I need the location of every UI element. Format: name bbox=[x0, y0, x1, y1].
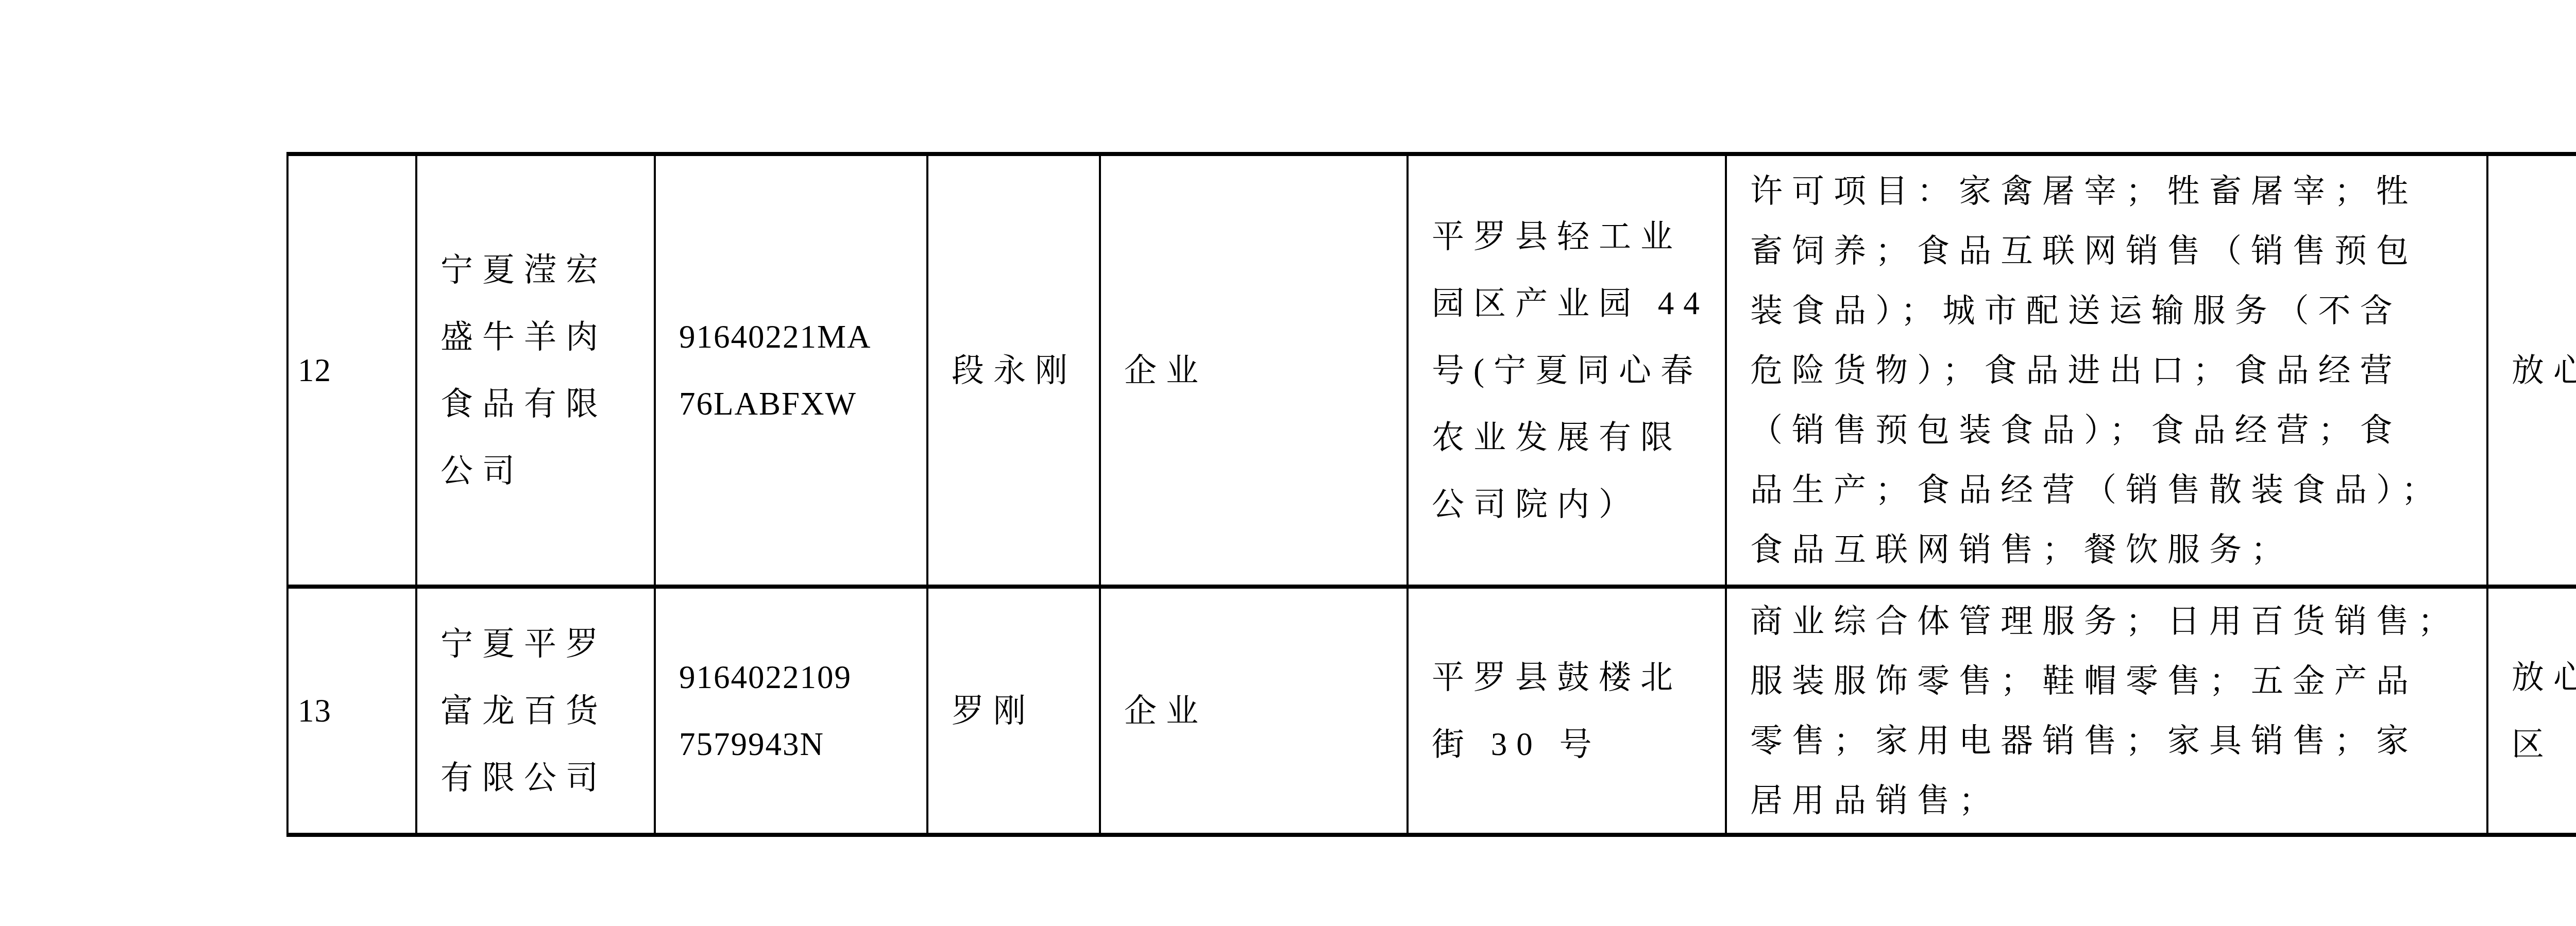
cell-credit-code: 91640221MA 76LABFXW bbox=[656, 156, 928, 589]
serial-number-text: 13 bbox=[298, 677, 331, 744]
cell-legal-person: 罗刚 bbox=[928, 589, 1101, 837]
cell-serial-number: 13 bbox=[289, 589, 417, 837]
cell-company-name: 宁夏滢宏 盛牛羊肉 食品有限 公司 bbox=[417, 156, 656, 589]
credit-code-text: 9164022109 7579943N bbox=[679, 644, 852, 778]
cell-business-scope: 商业综合体管理服务；日用百货销售； 服装服饰零售；鞋帽零售；五金产品 零售；家用… bbox=[1727, 589, 2488, 837]
cell-company-name: 宁夏平罗 富龙百货 有限公司 bbox=[417, 589, 656, 837]
cell-credit-code: 9164022109 7579943N bbox=[656, 589, 928, 837]
cell-legal-person: 段永刚 bbox=[928, 156, 1101, 589]
cell-honor-title: 放心消费单元 bbox=[2488, 156, 2576, 589]
business-scope-text: 许可项目：家禽屠宰；牲畜屠宰；牲 畜饲养；食品互联网销售（销售预包 装食品）；城… bbox=[1750, 161, 2444, 579]
cell-address: 平罗县轻工业 园区产业园 44 号(宁夏同心春 农业发展有限 公司院内） bbox=[1409, 156, 1727, 589]
serial-number-text: 12 bbox=[298, 337, 331, 404]
honor-title-text: 放心消费聚集 区 bbox=[2512, 644, 2576, 778]
entity-type-text: 企业 bbox=[1124, 337, 1208, 404]
address-text: 平罗县轻工业 园区产业园 44 号(宁夏同心春 农业发展有限 公司院内） bbox=[1432, 203, 1709, 538]
cell-address: 平罗县鼓楼北 街 30 号 bbox=[1409, 589, 1727, 837]
address-text: 平罗县鼓楼北 街 30 号 bbox=[1432, 644, 1682, 778]
legal-person-text: 段永刚 bbox=[952, 337, 1077, 404]
cell-entity-type: 企业 bbox=[1101, 589, 1409, 837]
page: 12 宁夏滢宏 盛牛羊肉 食品有限 公司 91640221MA 76LABFXW… bbox=[0, 0, 2576, 926]
records-table: 12 宁夏滢宏 盛牛羊肉 食品有限 公司 91640221MA 76LABFXW… bbox=[286, 152, 2576, 837]
entity-type-text: 企业 bbox=[1124, 677, 1208, 744]
cell-honor-title: 放心消费聚集 区 bbox=[2488, 589, 2576, 837]
business-scope-text: 商业综合体管理服务；日用百货销售； 服装服饰零售；鞋帽零售；五金产品 零售；家用… bbox=[1750, 591, 2460, 830]
legal-person-text: 罗刚 bbox=[952, 677, 1035, 744]
company-name-text: 宁夏平罗 富龙百货 有限公司 bbox=[440, 610, 607, 811]
company-name-text: 宁夏滢宏 盛牛羊肉 食品有限 公司 bbox=[440, 236, 607, 504]
credit-code-text: 91640221MA 76LABFXW bbox=[679, 303, 872, 437]
cell-entity-type: 企业 bbox=[1101, 156, 1409, 589]
honor-title-text: 放心消费单元 bbox=[2512, 337, 2576, 404]
cell-business-scope: 许可项目：家禽屠宰；牲畜屠宰；牲 畜饲养；食品互联网销售（销售预包 装食品）；城… bbox=[1727, 156, 2488, 589]
cell-serial-number: 12 bbox=[289, 156, 417, 589]
